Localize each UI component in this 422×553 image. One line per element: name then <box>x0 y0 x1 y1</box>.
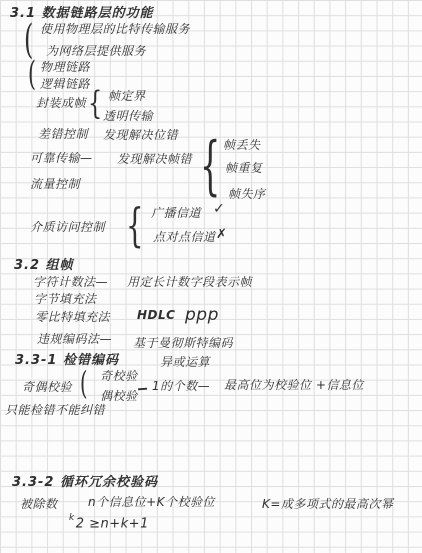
formula-body: 2 ≥n+k+1 <box>76 516 149 531</box>
label-ppp: ppp <box>185 305 219 325</box>
line-transparent-transfer: 透明传输 <box>103 109 153 123</box>
line-manchester: 基于曼彻斯特编码 <box>133 336 233 350</box>
check-icon: ✓ <box>213 202 225 216</box>
line-network-service: 为网络层提供服务 <box>46 44 146 58</box>
line-dividend: 被除数 <box>20 497 58 511</box>
line-framing: 封装成帧 <box>36 96 86 110</box>
left-brace-icon: { <box>200 134 220 198</box>
formula-exponent: k <box>69 513 75 523</box>
left-paren-icon: ( <box>80 367 87 399</box>
line-bit-error: 发现解决位错 <box>103 128 178 142</box>
line-odd-parity: 奇校验 <box>100 369 138 383</box>
line-frame-dup: 帧重复 <box>225 161 263 175</box>
left-paren-icon: ( <box>28 57 36 91</box>
line-illegal-coding: 违规编码法— <box>37 332 112 346</box>
section-3-3-1-title: 3.3-1 检错编码 <box>15 353 119 369</box>
line-frame-disorder: 帧失序 <box>228 187 266 201</box>
cross-icon: ✗ <box>216 228 227 241</box>
line-physical-link: 物理链路 <box>40 60 90 74</box>
line-media-access: 介质访问控制 <box>30 220 105 234</box>
line-char-count-desc: 用定长计数字段表示帧 <box>127 275 252 289</box>
line-limitation: 只能检错不能纠错 <box>5 403 105 417</box>
line-bit-service: 使用物理层的比特传输服务 <box>40 22 190 36</box>
connector-stroke <box>138 388 147 390</box>
label-hdlc: HDLC <box>137 308 175 322</box>
line-frame-delimit: 帧定界 <box>108 89 146 103</box>
line-error-control: 差错控制 <box>38 127 88 141</box>
line-ones-count: 1的个数— <box>152 379 210 393</box>
line-even-parity: 偶校验 <box>100 389 138 403</box>
line-parity-rule: 最高位为校验位 +信息位 <box>224 378 364 392</box>
line-frame-loss: 帧丢失 <box>223 138 261 152</box>
section-3-2-title: 3.2 组帧 <box>14 258 74 274</box>
line-parity: 奇偶校验 <box>22 380 72 394</box>
line-crc-bits: n个信息位+K个校验位 <box>88 495 215 509</box>
line-byte-stuffing: 字节填充法 <box>34 292 97 306</box>
left-brace-icon: { <box>88 87 102 119</box>
section-3-3-2-title: 3.3-2 循环冗余校验码 <box>12 475 158 491</box>
line-p2p-channel: 点对点信道 <box>153 230 216 244</box>
left-brace-icon: { <box>126 202 144 248</box>
line-broadcast-channel: 广播信道 <box>151 206 201 220</box>
line-xor: 异或运算 <box>160 355 210 369</box>
line-logical-link: 逻辑链路 <box>40 77 90 91</box>
crc-formula: k2 ≥n+k+1 <box>70 515 149 532</box>
line-frame-error: 发现解决帧错 <box>117 152 192 166</box>
line-k-definition: K=成多项式的最高次幂 <box>262 497 393 511</box>
line-zero-bit-stuffing: 零比特填充法 <box>35 310 110 324</box>
notebook-page: 3.1 数据链路层的功能 ( 使用物理层的比特传输服务 为网络层提供服务 ( 物… <box>0 0 422 553</box>
line-char-count: 字符计数法— <box>33 275 108 289</box>
line-reliable-transfer: 可靠传输— <box>30 151 93 165</box>
line-flow-control: 流量控制 <box>30 177 80 191</box>
